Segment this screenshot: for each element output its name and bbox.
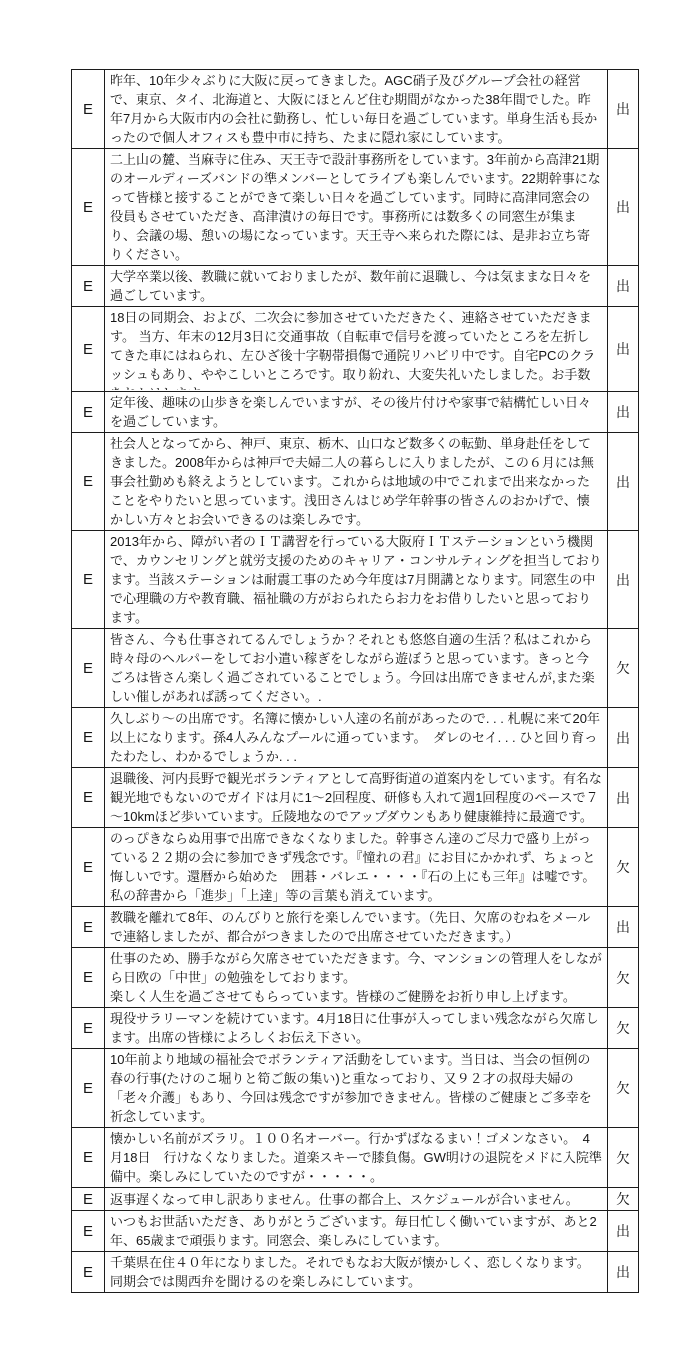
class-cell: E: [72, 629, 105, 708]
attendance-comment-table: E 昨年、10年少々ぶりに大阪に戻ってきました。AGC硝子及びグループ会社の経営…: [71, 69, 639, 1293]
class-cell: E: [72, 1008, 105, 1049]
table-row: E 二上山の麓、当麻寺に住み、天王寺で設計事務所をしています。3年前から高津21…: [72, 149, 639, 266]
attendance-status-cell: 欠: [608, 1188, 639, 1211]
comment-cell: 懐かしい名前がズラリ。１００名オーバー。行かずばなるまい！ゴメンなさい。 4月1…: [105, 1128, 608, 1188]
class-cell: E: [72, 1252, 105, 1293]
table-row: E 皆さん、今も仕事されてるんでしょうか？それとも悠悠自適の生活？私はこれから時…: [72, 629, 639, 708]
comment-cell: 返事遅くなって申し訳ありません。仕事の都合上、スケジュールが合いません。: [105, 1188, 608, 1211]
table-row: E 昨年、10年少々ぶりに大阪に戻ってきました。AGC硝子及びグループ会社の経営…: [72, 70, 639, 149]
table-row: E 大学卒業以後、教職に就いておりましたが、数年前に退職し、今は気ままな日々を過…: [72, 266, 639, 307]
comment-text: 二上山の麓、当麻寺に住み、天王寺で設計事務所をしています。3年前から高津21期の…: [110, 150, 602, 264]
table-row: E 10年前より地域の福祉会でボランティア活動をしています。当日は、当会の恒例の…: [72, 1049, 639, 1128]
attendance-status-cell: 出: [608, 768, 639, 828]
comment-text: 仕事のため、勝手ながら欠席させていただきます。今、マンションの管理人をしながら日…: [110, 949, 602, 1006]
comment-cell: 退職後、河内長野で観光ボランティアとして高野街道の道案内をしています。有名な観光…: [105, 768, 608, 828]
table-row: E 教職を離れて8年、のんびりと旅行を楽しんでいます。（先日、欠席のむねをメール…: [72, 907, 639, 948]
comment-cell: 10年前より地域の福祉会でボランティア活動をしています。当日は、当会の恒例の春の…: [105, 1049, 608, 1128]
comment-cell: 現役サラリーマンを続けています。4月18日に仕事が入ってしまい残念ながら欠席しま…: [105, 1008, 608, 1049]
comment-cell: 定年後、趣味の山歩きを楽しんでいますが、その後片付けや家事で結構忙しい日々を過ご…: [105, 392, 608, 433]
table-row: E 千葉県在住４０年になりました。それでもなお大阪が懐かしく、恋しくなります。同…: [72, 1252, 639, 1293]
comment-text: 10年前より地域の福祉会でボランティア活動をしています。当日は、当会の恒例の春の…: [110, 1050, 602, 1126]
comment-text: 社会人となってから、神戸、東京、栃木、山口など数多くの転勤、単身赴任をしてきまし…: [110, 434, 602, 529]
attendance-status-cell: 出: [608, 149, 639, 266]
comment-cell: 18日の同期会、および、二次会に参加させていただきたく、連絡させていただきます。…: [105, 307, 608, 392]
attendance-status-cell: 出: [608, 708, 639, 768]
class-cell: E: [72, 70, 105, 149]
comment-cell: のっぴきならぬ用事で出席できなくなりました。幹事さん達のご尽力で盛り上がっている…: [105, 828, 608, 907]
class-cell: E: [72, 1211, 105, 1252]
attendance-status-cell: 出: [608, 1211, 639, 1252]
comment-text: 退職後、河内長野で観光ボランティアとして高野街道の道案内をしています。有名な観光…: [110, 769, 602, 826]
class-cell: E: [72, 1128, 105, 1188]
comment-text: 返事遅くなって申し訳ありません。仕事の都合上、スケジュールが合いません。: [110, 1190, 602, 1209]
attendance-status-cell: 欠: [608, 1128, 639, 1188]
attendance-status-cell: 出: [608, 70, 639, 149]
table-body: E 昨年、10年少々ぶりに大阪に戻ってきました。AGC硝子及びグループ会社の経営…: [72, 70, 639, 1293]
attendance-status-cell: 欠: [608, 629, 639, 708]
comment-cell: 大学卒業以後、教職に就いておりましたが、数年前に退職し、今は気ままな日々を過ごし…: [105, 266, 608, 307]
class-cell: E: [72, 433, 105, 531]
comment-cell: 久しぶり～の出席です。名簿に懐かしい人達の名前があったので. . . 札幌に来て…: [105, 708, 608, 768]
comment-text: いつもお世話いただき、ありがとうございます。毎日忙しく働いていますが、あと2年、…: [110, 1212, 602, 1250]
comment-text: 懐かしい名前がズラリ。１００名オーバー。行かずばなるまい！ゴメンなさい。 4月1…: [110, 1129, 602, 1186]
class-cell: E: [72, 266, 105, 307]
comment-text: 教職を離れて8年、のんびりと旅行を楽しんでいます。（先日、欠席のむねをメールで連…: [110, 908, 602, 946]
table-row: E 退職後、河内長野で観光ボランティアとして高野街道の道案内をしています。有名な…: [72, 768, 639, 828]
comment-cell: 千葉県在住４０年になりました。それでもなお大阪が懐かしく、恋しくなります。同期会…: [105, 1252, 608, 1293]
comment-cell: 昨年、10年少々ぶりに大阪に戻ってきました。AGC硝子及びグループ会社の経営で、…: [105, 70, 608, 149]
table-row: E 2013年から、障がい者のＩＴ講習を行っている大阪府ＩＴステーションという機…: [72, 531, 639, 629]
comment-cell: 社会人となってから、神戸、東京、栃木、山口など数多くの転勤、単身赴任をしてきまし…: [105, 433, 608, 531]
table-row: E 懐かしい名前がズラリ。１００名オーバー。行かずばなるまい！ゴメンなさい。 4…: [72, 1128, 639, 1188]
table-row: E 久しぶり～の出席です。名簿に懐かしい人達の名前があったので. . . 札幌に…: [72, 708, 639, 768]
attendance-status-cell: 欠: [608, 828, 639, 907]
comment-text: 久しぶり～の出席です。名簿に懐かしい人達の名前があったので. . . 札幌に来て…: [110, 709, 602, 766]
class-cell: E: [72, 392, 105, 433]
class-cell: E: [72, 708, 105, 768]
reunion-reply-sheet: E 昨年、10年少々ぶりに大阪に戻ってきました。AGC硝子及びグループ会社の経営…: [71, 69, 639, 1293]
class-cell: E: [72, 1049, 105, 1128]
comment-text: 18日の同期会、および、二次会に参加させていただきたく、連絡させていただきます。…: [110, 308, 602, 390]
table-row: E 返事遅くなって申し訳ありません。仕事の都合上、スケジュールが合いません。 欠: [72, 1188, 639, 1211]
comment-cell: いつもお世話いただき、ありがとうございます。毎日忙しく働いていますが、あと2年、…: [105, 1211, 608, 1252]
class-cell: E: [72, 948, 105, 1008]
comment-text: のっぴきならぬ用事で出席できなくなりました。幹事さん達のご尽力で盛り上がっている…: [110, 829, 602, 905]
comment-text: 定年後、趣味の山歩きを楽しんでいますが、その後片付けや家事で結構忙しい日々を過ご…: [110, 393, 602, 431]
comment-cell: 二上山の麓、当麻寺に住み、天王寺で設計事務所をしています。3年前から高津21期の…: [105, 149, 608, 266]
attendance-status-cell: 欠: [608, 948, 639, 1008]
comment-cell: 仕事のため、勝手ながら欠席させていただきます。今、マンションの管理人をしながら日…: [105, 948, 608, 1008]
attendance-status-cell: 出: [608, 392, 639, 433]
comment-cell: 皆さん、今も仕事されてるんでしょうか？それとも悠悠自適の生活？私はこれから時々母…: [105, 629, 608, 708]
comment-cell: 教職を離れて8年、のんびりと旅行を楽しんでいます。（先日、欠席のむねをメールで連…: [105, 907, 608, 948]
attendance-status-cell: 出: [608, 433, 639, 531]
class-cell: E: [72, 768, 105, 828]
table-row: E のっぴきならぬ用事で出席できなくなりました。幹事さん達のご尽力で盛り上がって…: [72, 828, 639, 907]
table-row: E 社会人となってから、神戸、東京、栃木、山口など数多くの転勤、単身赴任をしてき…: [72, 433, 639, 531]
attendance-status-cell: 出: [608, 531, 639, 629]
comment-text: 現役サラリーマンを続けています。4月18日に仕事が入ってしまい残念ながら欠席しま…: [110, 1009, 602, 1047]
attendance-status-cell: 出: [608, 266, 639, 307]
comment-text: 2013年から、障がい者のＩＴ講習を行っている大阪府ＩＴステーションという機関で…: [110, 532, 602, 627]
table-row: E いつもお世話いただき、ありがとうございます。毎日忙しく働いていますが、あと2…: [72, 1211, 639, 1252]
class-cell: E: [72, 307, 105, 392]
attendance-status-cell: 欠: [608, 1008, 639, 1049]
class-cell: E: [72, 1188, 105, 1211]
attendance-status-cell: 出: [608, 307, 639, 392]
table-row: E 現役サラリーマンを続けています。4月18日に仕事が入ってしまい残念ながら欠席…: [72, 1008, 639, 1049]
class-cell: E: [72, 531, 105, 629]
table-row: E 定年後、趣味の山歩きを楽しんでいますが、その後片付けや家事で結構忙しい日々を…: [72, 392, 639, 433]
comment-text: 大学卒業以後、教職に就いておりましたが、数年前に退職し、今は気ままな日々を過ごし…: [110, 267, 602, 305]
class-cell: E: [72, 828, 105, 907]
table-row: E 18日の同期会、および、二次会に参加させていただきたく、連絡させていただきま…: [72, 307, 639, 392]
attendance-status-cell: 出: [608, 907, 639, 948]
class-cell: E: [72, 907, 105, 948]
comment-text: 千葉県在住４０年になりました。それでもなお大阪が懐かしく、恋しくなります。同期会…: [110, 1253, 602, 1291]
comment-text: 昨年、10年少々ぶりに大阪に戻ってきました。AGC硝子及びグループ会社の経営で、…: [110, 71, 602, 147]
comment-cell: 2013年から、障がい者のＩＴ講習を行っている大阪府ＩＴステーションという機関で…: [105, 531, 608, 629]
class-cell: E: [72, 149, 105, 266]
table-row: E 仕事のため、勝手ながら欠席させていただきます。今、マンションの管理人をしなが…: [72, 948, 639, 1008]
attendance-status-cell: 出: [608, 1252, 639, 1293]
attendance-status-cell: 欠: [608, 1049, 639, 1128]
comment-text: 皆さん、今も仕事されてるんでしょうか？それとも悠悠自適の生活？私はこれから時々母…: [110, 630, 602, 706]
